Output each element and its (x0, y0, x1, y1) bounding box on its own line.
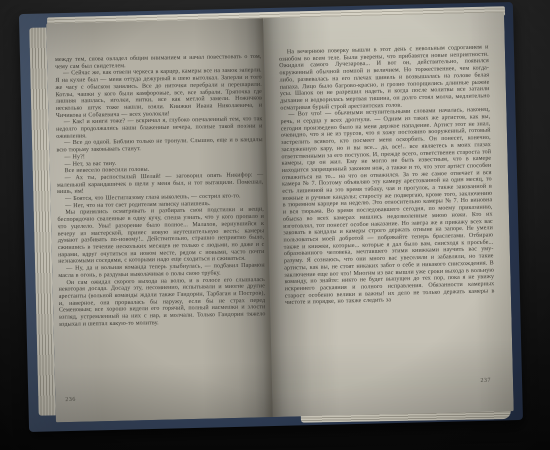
left-page: между тем, снова овладел общим вниманием… (46, 18, 272, 422)
open-book: между тем, снова овладел общим вниманием… (19, 0, 525, 440)
page-number: 236 (65, 397, 76, 403)
paragraph: На вечернюю поверку вышли в этот день с … (278, 44, 489, 112)
right-page: На вечернюю поверку вышли в этот день с … (263, 12, 514, 417)
paragraph: Мы принялись осматривать и разбирать сво… (57, 206, 264, 265)
page-spread: между тем, снова овладел общим вниманием… (46, 12, 514, 422)
left-page-text: между тем, снова овладел общим вниманием… (55, 53, 266, 328)
page-number: 237 (480, 378, 491, 384)
paragraph: — Вот что! — обычными вступительными сло… (280, 106, 494, 306)
paragraph: Он сам ожидал скорого выхода на волю, и … (58, 276, 265, 328)
right-page-text: На вечернюю поверку вышли в этот день с … (278, 44, 494, 307)
paragraph: — Сейчас же, как отвели черкеса в карцер… (55, 67, 262, 119)
book-photograph: между тем, снова овладел общим вниманием… (0, 0, 550, 450)
